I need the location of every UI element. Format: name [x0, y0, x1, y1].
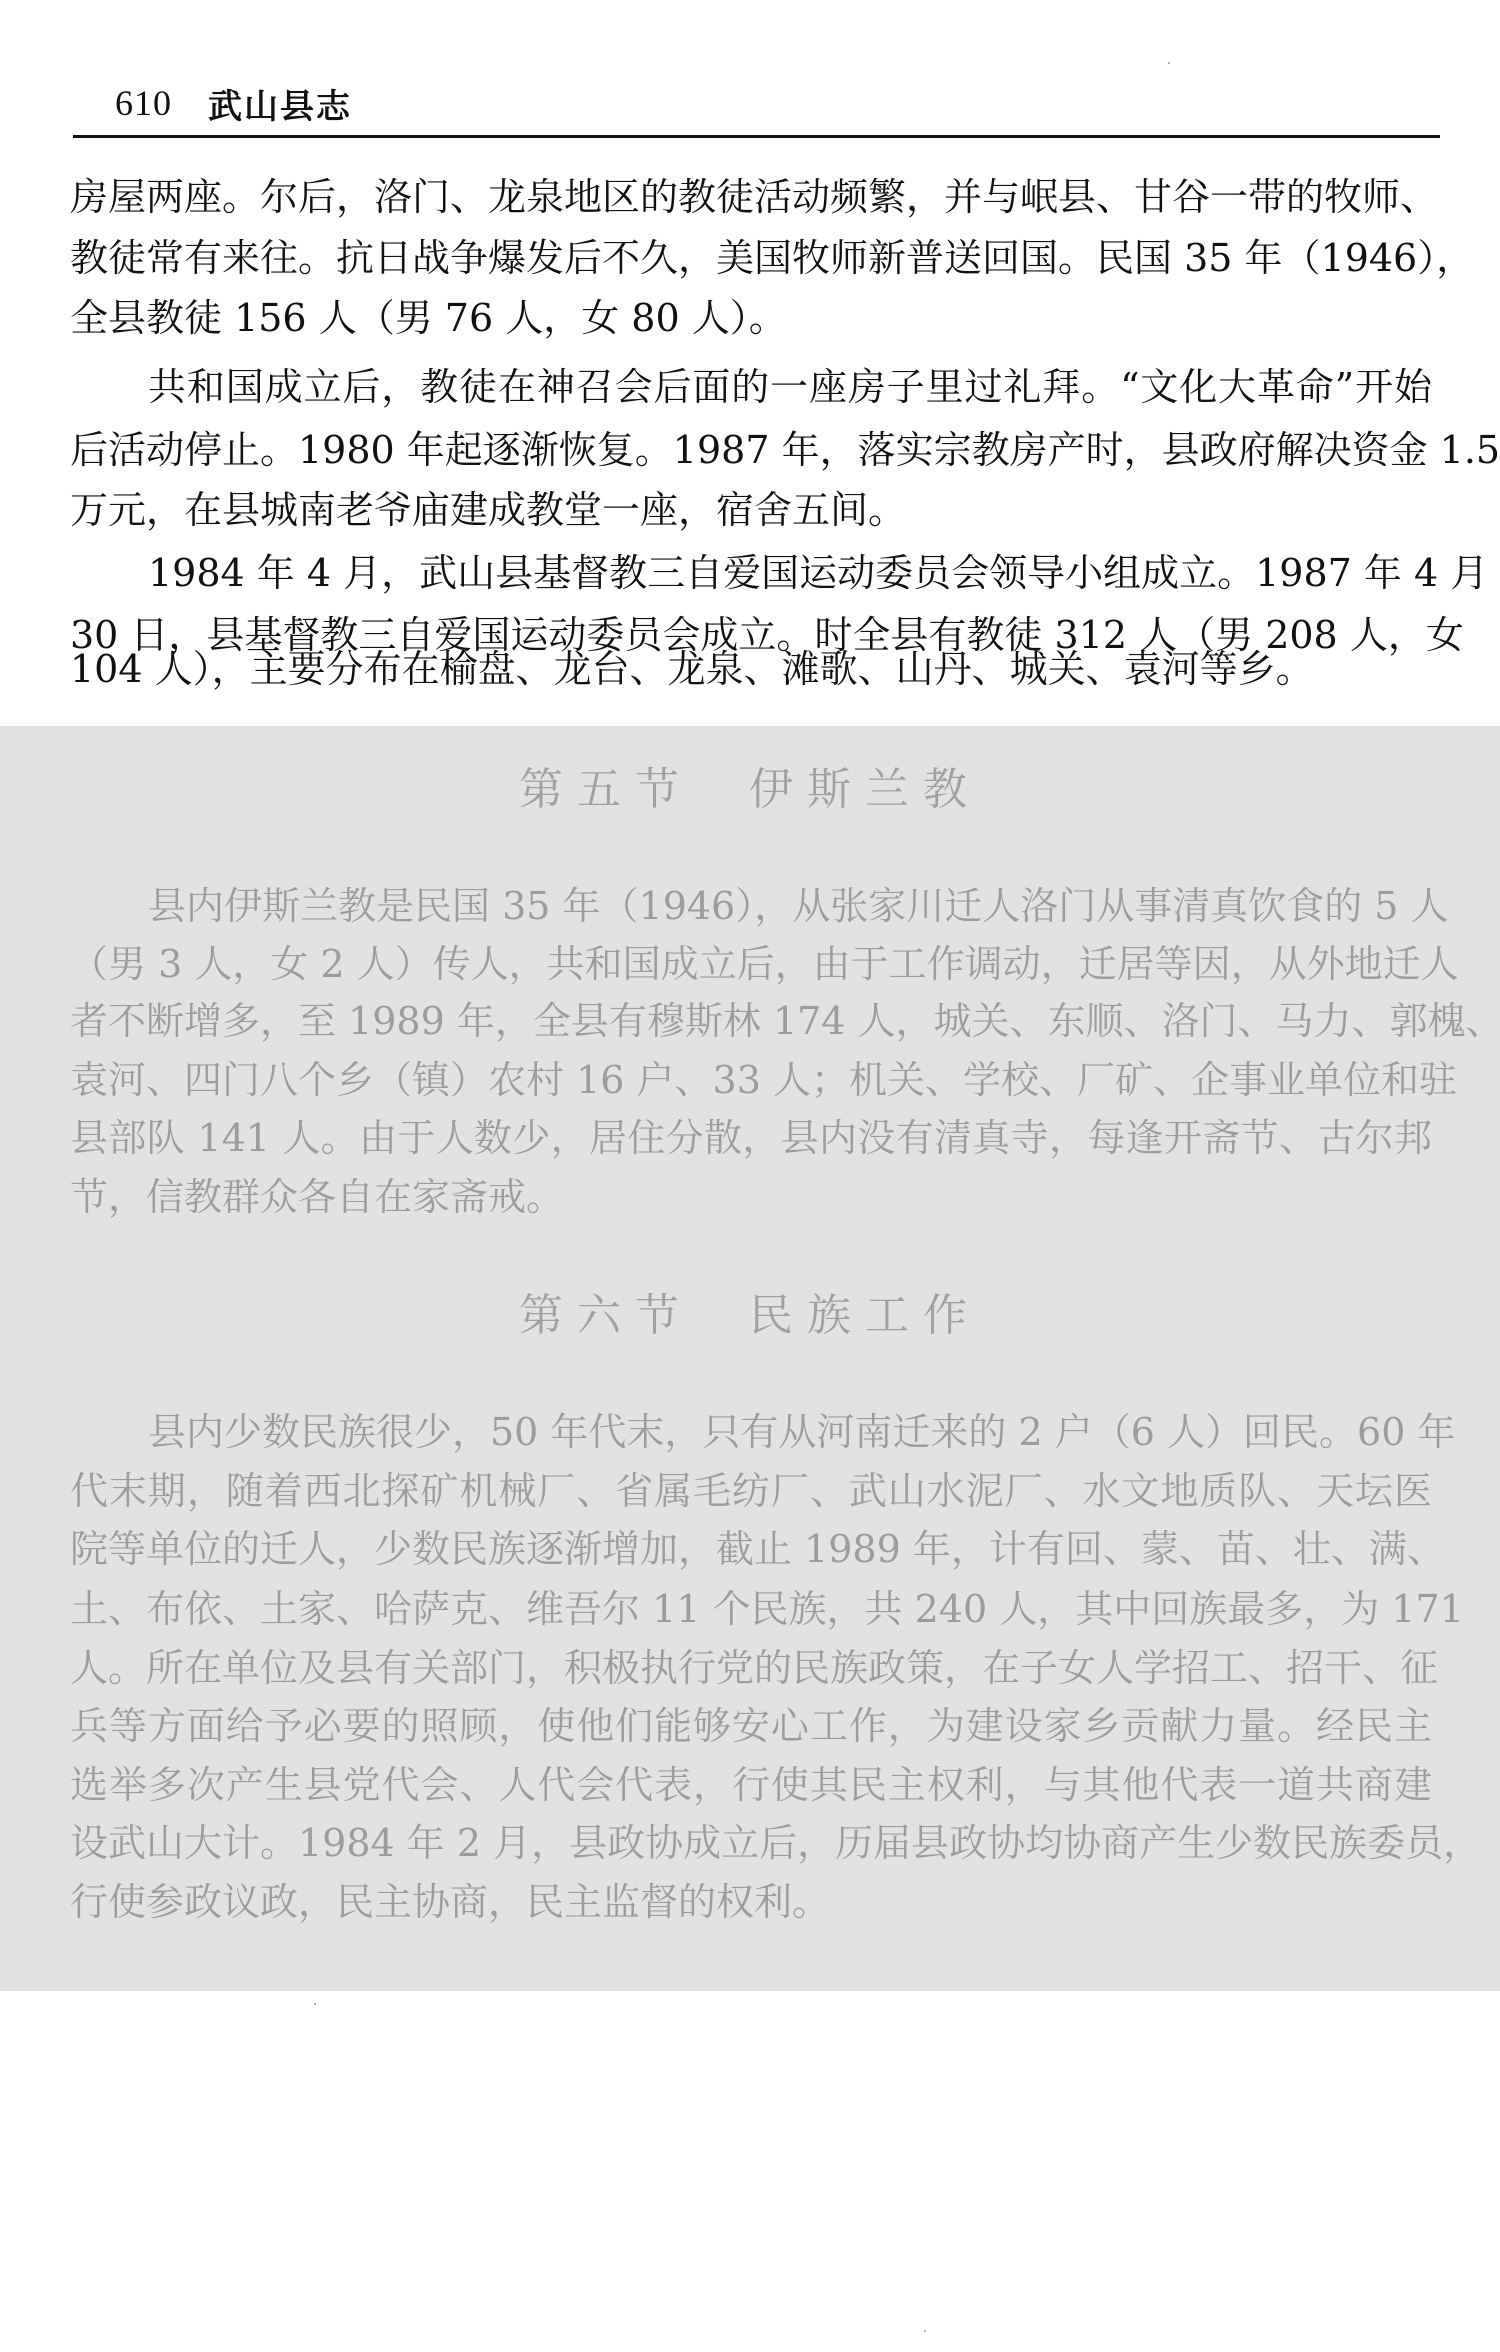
text-line: 选举多次产生县党代会、人代会代表，行使其民主权利，与其他代表一道共商建: [70, 1760, 1432, 1810]
text-line: 者不断增多，至 1989 年，全县有穆斯林 174 人，城关、东顺、洛门、马力、…: [70, 996, 1432, 1046]
scan-speck: [1168, 62, 1170, 64]
scan-speck: [314, 2003, 316, 2005]
text-line: 土、布依、土家、哈萨克、维吾尔 11 个民族，共 240 人，其中回族最多，为 …: [70, 1584, 1432, 1634]
text-line: 设武山大计。1984 年 2 月，县政协成立后，历届县政协均协商产生少数民族委员…: [70, 1818, 1432, 1868]
header-rule: [73, 135, 1440, 138]
text-line: 节，信教群众各自在家斋戒。: [70, 1172, 1432, 1222]
book-title: 武山县志: [208, 79, 352, 128]
section-title: 第六节 民族工作: [0, 1288, 1500, 1344]
text-line: 人。所在单位及县有关部门，积极执行党的民族政策，在子女人学招工、招干、征: [70, 1643, 1432, 1693]
text-line: （男 3 人，女 2 人）传人，共和国成立后，由于工作调动，迁居等因，从外地迁人: [70, 939, 1432, 989]
scan-speck: [924, 2330, 926, 2332]
text-line: 袁河、四门八个乡（镇）农村 16 户、33 人；机关、学校、厂矿、企事业单位和驻: [70, 1055, 1432, 1105]
text-line: 兵等方面给予必要的照顾，使他们能够安心工作，为建设家乡贡献力量。经民主: [70, 1701, 1432, 1751]
text-line: 104 人），主要分布在榆盘、龙台、龙泉、滩歌、山丹、城关、袁河等乡。: [70, 644, 1432, 694]
text-line: 行使参政议政，民主协商，民主监督的权利。: [70, 1877, 1432, 1927]
text-line: 县内伊斯兰教是民国 35 年（1946），从张家川迁人洛门从事清真饮食的 5 人: [148, 881, 1432, 931]
text-line: 教徒常有来往。抗日战争爆发后不久，美国牧师新普送回国。民国 35 年（1946）…: [70, 233, 1432, 283]
page-header: 610 武山县志: [115, 78, 352, 128]
page-number: 610: [115, 82, 172, 124]
text-line: 万元，在县城南老爷庙建成教堂一座，宿舍五间。: [70, 485, 1432, 535]
text-line: 县部队 141 人。由于人数少，居住分散，县内没有清真寺，每逢开斋节、古尔邦: [70, 1113, 1432, 1163]
text-line: 1984 年 4 月，武山县基督教三自爱国运动委员会领导小组成立。1987 年 …: [148, 548, 1432, 598]
text-line: 县内少数民族很少，50 年代末，只有从河南迁来的 2 户（6 人）回民。60 年: [148, 1407, 1432, 1457]
section-title: 第五节 伊斯兰教: [0, 762, 1500, 818]
text-line: 后活动停止。1980 年起逐渐恢复。1987 年，落实宗教房产时，县政府解决资金…: [70, 425, 1432, 475]
text-line: 代末期，随着西北探矿机械厂、省属毛纺厂、武山水泥厂、水文地质队、天坛医: [70, 1466, 1432, 1516]
text-line: 全县教徒 156 人（男 76 人，女 80 人）。: [70, 293, 1432, 343]
text-line: 房屋两座。尔后，洛门、龙泉地区的教徒活动频繁，并与岷县、甘谷一带的牧师、: [70, 172, 1432, 222]
text-line: 共和国成立后，教徒在神召会后面的一座房子里过礼拜。“文化大革命”开始: [148, 362, 1432, 412]
text-line: 院等单位的迁人，少数民族逐渐增加，截止 1989 年，计有回、蒙、苗、壮、满、: [70, 1524, 1432, 1574]
